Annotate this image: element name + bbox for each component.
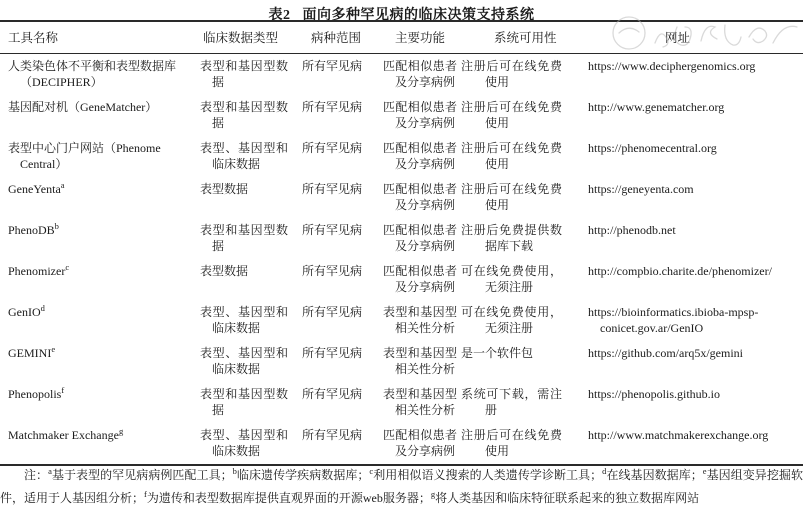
- cell-data-type: 表型、基因型和临床数据: [200, 346, 302, 377]
- table-row: GeneYentaa 表型数据 所有罕见病 匹配相似患者及分享病例 注册后可在线…: [0, 177, 803, 218]
- cell-url: https://phenopolis.github.io: [588, 387, 803, 403]
- cell-tool-name: GenIOd: [0, 305, 200, 321]
- cell-url: http://compbio.charite.de/phenomizer/: [588, 264, 803, 280]
- cell-data-type: 表型和基因型数据: [200, 100, 302, 131]
- header-tool-name: 工具名称: [0, 28, 200, 46]
- tool-name-text: GenIO: [8, 305, 41, 319]
- cell-main-function: 匹配相似患者及分享病例: [383, 223, 461, 254]
- cell-disease-scope: 所有罕见病: [302, 305, 383, 321]
- tool-name-text: GeneYenta: [8, 182, 61, 196]
- table-row: 人类染色体不平衡和表型数据库（DECIPHER） 表型和基因型数据 所有罕见病 …: [0, 54, 803, 95]
- cell-tool-name: 基因配对机（GeneMatcher）: [0, 100, 200, 116]
- table-footnote: 注：a基于表型的罕见病病例匹配工具；b临床遗传学疾病数据库；c利用相似语义搜索的…: [0, 458, 803, 509]
- footnote-item: 将人类基因和临床特征联系起来的独立数据库网站: [435, 491, 699, 505]
- cell-availability: 可在线免费使用，无须注册: [461, 264, 588, 295]
- tool-name-text: Matchmaker Exchange: [8, 428, 119, 442]
- tool-superscript: f: [61, 385, 64, 395]
- cell-main-function: 匹配相似患者及分享病例: [383, 100, 461, 131]
- cell-disease-scope: 所有罕见病: [302, 428, 383, 444]
- tool-name-text: 人类染色体不平衡和表型数据库（DECIPHER）: [8, 59, 176, 89]
- cell-tool-name: Matchmaker Exchangeg: [0, 428, 200, 444]
- tool-name-text: 表型中心门户网站（Phenome Central）: [8, 141, 161, 171]
- cell-data-type: 表型、基因型和临床数据: [200, 428, 302, 459]
- cell-url: https://phenomecentral.org: [588, 141, 803, 157]
- cell-tool-name: GeneYentaa: [0, 182, 200, 198]
- tool-name-text: GEMINI: [8, 346, 51, 360]
- cell-tool-name: GEMINIe: [0, 346, 200, 362]
- cell-url: https://www.deciphergenomics.org: [588, 59, 803, 75]
- cell-url: http://www.matchmakerexchange.org: [588, 428, 803, 444]
- tool-name-text: PhenoDB: [8, 223, 55, 237]
- cell-main-function: 匹配相似患者及分享病例: [383, 428, 461, 459]
- table-row: GenIOd 表型、基因型和临床数据 所有罕见病 表型和基因型相关性分析 可在线…: [0, 300, 803, 341]
- footnote-item: 利用相似语义搜索的人类遗传学诊断工具；: [373, 468, 602, 482]
- cell-disease-scope: 所有罕见病: [302, 387, 383, 403]
- cell-main-function: 表型和基因型相关性分析: [383, 305, 461, 336]
- cell-main-function: 匹配相似患者及分享病例: [383, 59, 461, 90]
- cell-url: https://github.com/arq5x/gemini: [588, 346, 803, 362]
- table-row: PhenoDBb 表型和基因型数据 所有罕见病 匹配相似患者及分享病例 注册后免…: [0, 218, 803, 259]
- cell-availability: 注册后可在线免费使用: [461, 141, 588, 172]
- table-row: GEMINIe 表型、基因型和临床数据 所有罕见病 表型和基因型相关性分析 是一…: [0, 341, 803, 382]
- cell-data-type: 表型数据: [200, 182, 302, 198]
- cell-availability: 注册后可在线免费使用: [461, 182, 588, 213]
- cell-availability: 注册后可在线免费使用: [461, 59, 588, 90]
- header-clinical-data-type: 临床数据类型: [200, 28, 302, 46]
- cell-availability: 可在线免费使用，无须注册: [461, 305, 588, 336]
- tool-superscript: c: [65, 262, 69, 272]
- cell-data-type: 表型、基因型和临床数据: [200, 305, 302, 336]
- paper-table-page: 表2面向多种罕见病的临床决策支持系统 工具名称 临床数据类型 病种范围 主要功能…: [0, 0, 803, 525]
- footnote-item: 临床遗传学疾病数据库；: [237, 468, 370, 482]
- cell-url: https://bioinformatics.ibioba-mpsp-conic…: [588, 305, 803, 336]
- cell-data-type: 表型和基因型数据: [200, 387, 302, 418]
- cell-tool-name: Phenomizerc: [0, 264, 200, 280]
- cell-tool-name: 人类染色体不平衡和表型数据库（DECIPHER）: [0, 59, 200, 90]
- header-main-function: 主要功能: [383, 28, 461, 46]
- table-row: 基因配对机（GeneMatcher） 表型和基因型数据 所有罕见病 匹配相似患者…: [0, 95, 803, 136]
- cell-main-function: 匹配相似患者及分享病例: [383, 264, 461, 295]
- table-header-row: 工具名称 临床数据类型 病种范围 主要功能 系统可用性 网址: [0, 22, 803, 54]
- tool-name-text: 基因配对机（GeneMatcher）: [8, 100, 157, 114]
- cell-main-function: 表型和基因型相关性分析: [383, 387, 461, 418]
- cell-tool-name: Phenopolisf: [0, 387, 200, 403]
- tool-superscript: a: [61, 180, 65, 190]
- tool-superscript: b: [55, 221, 59, 231]
- cell-availability: 注册后可在线免费使用: [461, 428, 588, 459]
- cell-url: http://phenodb.net: [588, 223, 803, 239]
- cell-availability: 注册后免费提供数据库下载: [461, 223, 588, 254]
- tool-superscript: g: [119, 426, 123, 436]
- cell-url: http://www.genematcher.org: [588, 100, 803, 116]
- cell-availability: 注册后可在线免费使用: [461, 100, 588, 131]
- cell-data-type: 表型数据: [200, 264, 302, 280]
- cell-data-type: 表型和基因型数据: [200, 59, 302, 90]
- cell-data-type: 表型、基因型和临床数据: [200, 141, 302, 172]
- cell-data-type: 表型和基因型数据: [200, 223, 302, 254]
- footnote-item: 在线基因数据库；: [606, 468, 702, 482]
- cell-availability: 是一个软件包: [461, 346, 588, 362]
- data-table: 工具名称 临床数据类型 病种范围 主要功能 系统可用性 网址 人类染色体不平衡和…: [0, 20, 803, 466]
- footnote-prefix: 注：: [24, 468, 48, 482]
- header-url: 网址: [588, 28, 803, 46]
- tool-name-text: Phenopolis: [8, 387, 61, 401]
- cell-main-function: 表型和基因型相关性分析: [383, 346, 461, 377]
- footnote-item: 为遗传和表型数据库提供直观界面的开源web服务器；: [147, 491, 431, 505]
- tool-superscript: e: [51, 344, 55, 354]
- footnote-item: 基于表型的罕见病病例匹配工具；: [52, 468, 233, 482]
- header-disease-scope: 病种范围: [302, 28, 383, 46]
- cell-disease-scope: 所有罕见病: [302, 182, 383, 198]
- table-body: 人类染色体不平衡和表型数据库（DECIPHER） 表型和基因型数据 所有罕见病 …: [0, 54, 803, 466]
- cell-url: https://geneyenta.com: [588, 182, 803, 198]
- cell-main-function: 匹配相似患者及分享病例: [383, 182, 461, 213]
- cell-disease-scope: 所有罕见病: [302, 223, 383, 239]
- cell-main-function: 匹配相似患者及分享病例: [383, 141, 461, 172]
- table-row: Phenopolisf 表型和基因型数据 所有罕见病 表型和基因型相关性分析 系…: [0, 382, 803, 423]
- header-availability: 系统可用性: [461, 28, 588, 46]
- table-row: 表型中心门户网站（Phenome Central） 表型、基因型和临床数据 所有…: [0, 136, 803, 177]
- cell-tool-name: 表型中心门户网站（Phenome Central）: [0, 141, 200, 172]
- table-row: Phenomizerc 表型数据 所有罕见病 匹配相似患者及分享病例 可在线免费…: [0, 259, 803, 300]
- cell-tool-name: PhenoDBb: [0, 223, 200, 239]
- tool-superscript: d: [41, 303, 45, 313]
- cell-availability: 系统可下载，需注册: [461, 387, 588, 418]
- tool-name-text: Phenomizer: [8, 264, 65, 278]
- cell-disease-scope: 所有罕见病: [302, 100, 383, 116]
- cell-disease-scope: 所有罕见病: [302, 141, 383, 157]
- cell-disease-scope: 所有罕见病: [302, 346, 383, 362]
- cell-disease-scope: 所有罕见病: [302, 264, 383, 280]
- cell-disease-scope: 所有罕见病: [302, 59, 383, 75]
